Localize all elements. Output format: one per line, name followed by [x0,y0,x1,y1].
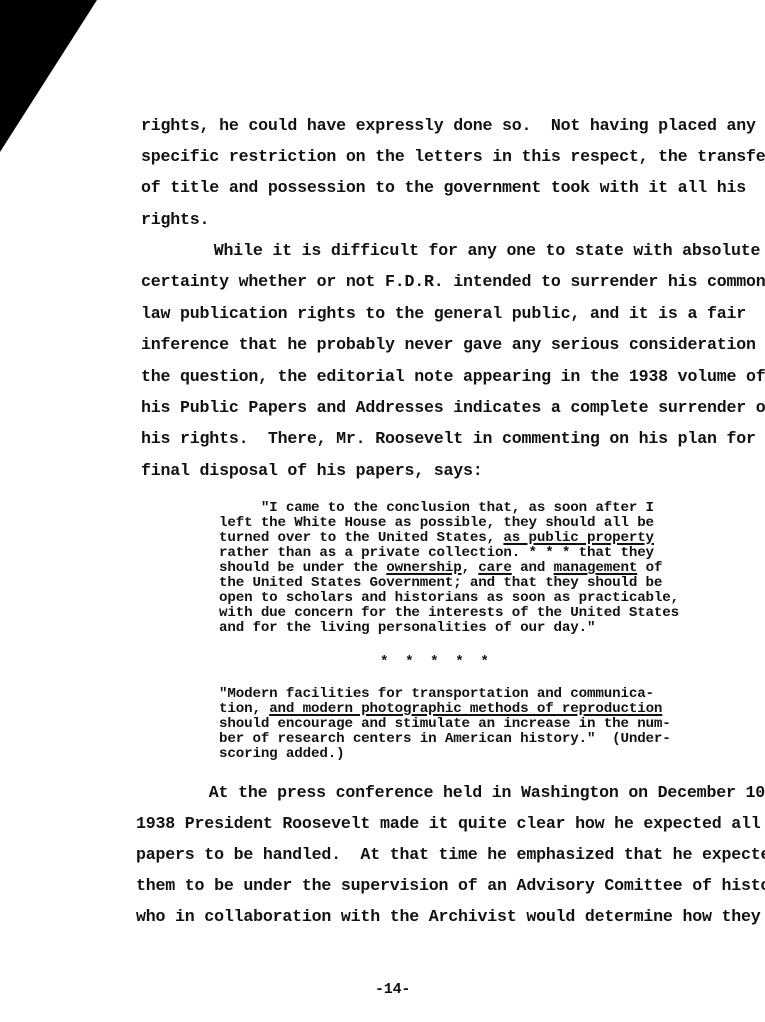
quote-line: rather than as a private collection. * *… [219,546,654,560]
ellipsis-separator: * * * * * [380,655,489,669]
text-line: who in collaboration with the Archivist … [136,909,765,925]
text-line: inference that he probably never gave an… [141,337,765,353]
quote-line: the United States Government; and that t… [219,576,662,590]
text-line: certainty whether or not F.D.R. intended… [141,274,765,290]
text-line: papers to be handled. At that time he em… [136,847,765,863]
text-line: rights, he could have expressly done so.… [141,118,756,134]
quote-line: tion, and modern photographic methods of… [219,702,662,716]
scan-corner-shadow [0,0,100,155]
text-line: At the press conference held in Washingt… [160,785,765,801]
quote-line: "I came to the conclusion that, as soon … [219,501,654,515]
text-span: should be under the [219,560,386,576]
text-line: his rights. There, Mr. Roosevelt in comm… [141,431,765,447]
text-line: While it is difficult for any one to sta… [165,243,760,259]
quote-line: scoring added.) [219,747,344,761]
underlined-text: care [478,560,511,576]
quote-line: "Modern facilities for transportation an… [219,687,654,701]
page-number: -14- [375,981,410,998]
text-line: the question, the editorial note appeari… [141,369,765,385]
underlined-text: and modern photographic methods of repro… [269,701,662,717]
underlined-text: management [554,560,638,576]
quote-line: should encourage and stimulate an increa… [219,717,671,731]
text-line: final disposal of his papers, says: [141,463,483,479]
quote-line: ber of research centers in American hist… [219,732,671,746]
text-line: 1938 President Roosevelt made it quite c… [136,816,765,832]
quote-line: with due concern for the interests of th… [219,606,679,620]
quote-line: left the White House as possible, they s… [219,516,654,530]
text-line: of title and possession to the governmen… [141,180,746,196]
text-span: tion, [219,701,269,717]
text-span: and [512,560,554,576]
quote-line: should be under the ownership, care and … [219,561,662,575]
text-line: law publication rights to the general pu… [141,306,746,322]
text-line: specific restriction on the letters in t… [141,149,765,165]
text-line: his Public Papers and Addresses indicate… [141,400,765,416]
text-line: them to be under the supervision of an A… [136,878,765,894]
quote-line: turned over to the United States, as pub… [219,531,654,545]
quote-line: and for the living personalities of our … [219,621,595,635]
text-span: , [462,560,479,576]
underlined-text: ownership [386,560,461,576]
underlined-text: as public property [503,530,654,546]
quote-line: open to scholars and historians as soon … [219,591,679,605]
text-span: of [637,560,662,576]
text-span: turned over to the United States, [219,530,503,546]
text-line: rights. [141,212,209,228]
